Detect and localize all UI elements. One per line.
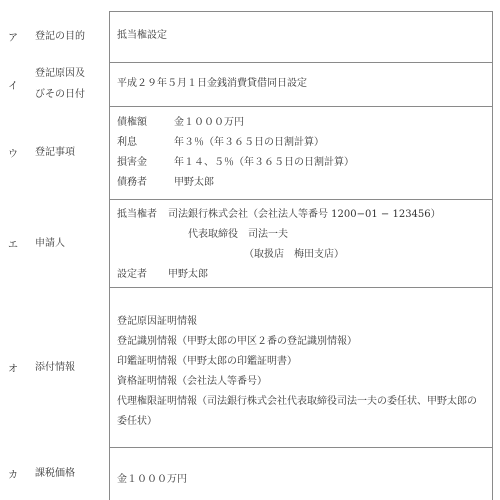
table-left-border [109, 11, 110, 500]
item-key: 利息 [117, 133, 174, 153]
row-title: 登記の目的 [35, 26, 85, 47]
row-title: 添付情報 [35, 357, 75, 378]
item-interest: 利息年３％（年３６５日の日割計算） [117, 133, 487, 153]
attachment-item: 資格証明情報（会社法人等番号） [117, 372, 487, 392]
row-label-registration-items: ウ 登記事項 [0, 106, 108, 199]
row-title: 登記事項 [35, 142, 75, 163]
cell-text: 金１０００万円 [117, 470, 487, 490]
row-marker: カ [8, 466, 18, 481]
row-label-taxable-value: カ 課税価格 [0, 447, 108, 500]
cell-text: 平成２９年５月１日金銭消費貸借同日設定 [117, 74, 487, 94]
attachment-item: 委任状） [117, 412, 487, 432]
row-marker: イ [8, 77, 18, 92]
row-label-purpose: ア 登記の目的 [0, 11, 108, 62]
item-claim-amount: 債権額金１０００万円 [117, 113, 487, 133]
row-title: 登記原因及 びその日付 [35, 63, 85, 105]
attachment-item: 印鑑証明情報（甲野太郎の印鑑証明書） [117, 352, 487, 372]
row-label-cause-date: イ 登記原因及 びその日付 [0, 62, 108, 106]
cell-taxable-value: 金１０００万円 [117, 470, 487, 490]
row-marker: ウ [8, 145, 18, 160]
item-damages: 損害金年１４、５％（年３６５日の日割計算） [117, 153, 487, 173]
item-key: 損害金 [117, 153, 174, 173]
cell-text: 抵当権設定 [117, 26, 487, 46]
row-label-attachments: オ 添付情報 [0, 287, 108, 447]
row-marker: エ [8, 236, 18, 251]
cell-attachments: 登記原因証明情報 登記識別情報（甲野太郎の甲区２番の登記識別情報） 印鑑証明情報… [117, 312, 487, 432]
row-title-line: びその日付 [35, 84, 85, 105]
item-value: 金１０００万円 [174, 113, 244, 133]
item-value: 甲野太郎 [168, 265, 208, 285]
item-value: 司法銀行株式会社（会社法人等番号 1200−01 − 123456） [168, 205, 441, 225]
row-divider [109, 106, 493, 107]
row-divider [109, 62, 493, 63]
item-value: 年３％（年３６５日の日割計算） [174, 133, 324, 153]
item-value: 年１４、５％（年３６５日の日割計算） [174, 153, 354, 173]
row-divider [109, 199, 493, 200]
cell-purpose: 抵当権設定 [117, 26, 487, 46]
item-value: 甲野太郎 [174, 173, 214, 193]
row-marker: ア [8, 29, 18, 44]
row-divider [109, 447, 493, 448]
item-key: 抵当権者 [117, 205, 168, 225]
cell-applicant: 抵当権者司法銀行株式会社（会社法人等番号 1200−01 − 123456） 代… [117, 205, 487, 285]
item-key: 債権額 [117, 113, 174, 133]
item-debtor: 債務者甲野太郎 [117, 173, 487, 193]
row-title-line: 登記原因及 [35, 63, 85, 84]
cell-registration-items: 債権額金１０００万円 利息年３％（年３６５日の日割計算） 損害金年１４、５％（年… [117, 113, 487, 193]
attachment-item: 代理権限証明情報（司法銀行株式会社代表取締役司法一夫の委任状、甲野太郎の [117, 392, 487, 412]
item-key: 設定者 [117, 265, 168, 285]
row-label-applicant: エ 申請人 [0, 199, 108, 287]
mortgagee: 抵当権者司法銀行株式会社（会社法人等番号 1200−01 − 123456） [117, 205, 487, 225]
row-divider [109, 11, 493, 12]
row-title: 課税価格 [35, 463, 75, 484]
table-right-border [492, 11, 493, 500]
representative: 代表取締役 司法一夫 [117, 225, 487, 245]
row-marker: オ [8, 360, 18, 375]
attachment-item: 登記識別情報（甲野太郎の甲区２番の登記識別情報） [117, 332, 487, 352]
cell-cause-date: 平成２９年５月１日金銭消費貸借同日設定 [117, 74, 487, 94]
row-title: 申請人 [35, 233, 65, 254]
row-divider [109, 287, 493, 288]
attachment-item: 登記原因証明情報 [117, 312, 487, 332]
item-key: 債務者 [117, 173, 174, 193]
setter: 設定者甲野太郎 [117, 265, 487, 285]
branch: （取扱店 梅田支店） [117, 245, 487, 265]
